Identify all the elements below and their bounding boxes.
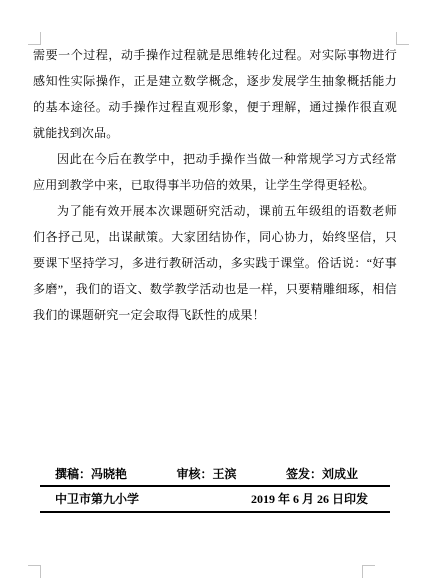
issue-date: 2019 年 6 月 26 日印发 xyxy=(251,486,368,512)
issuing-school: 中卫市第九小学 xyxy=(55,486,139,512)
issuer-label: 签发： xyxy=(286,467,322,481)
signature-block: 撰稿：冯晓艳 审核：王滨 签发：刘成业 中卫市第九小学 2019 年 6 月 2… xyxy=(40,462,390,513)
document-body: 需要一个过程，动手操作过程就是思维转化过程。对实际事物进行感知性实际操作，正是建… xyxy=(33,42,397,328)
reviewer-name: 王滨 xyxy=(213,467,237,481)
reviewer-label: 审核： xyxy=(176,467,212,481)
drafter-name: 冯晓艳 xyxy=(91,467,127,481)
signature-row: 撰稿：冯晓艳 审核：王滨 签发：刘成业 xyxy=(40,462,390,487)
body-paragraph-3: 为了能有效开展本次课题研究活动，课前五年级组的语数老师们各抒己见，出谋献策。大家… xyxy=(33,198,397,328)
reviewer-field: 审核：王滨 xyxy=(176,463,236,485)
body-paragraph-2: 因此在今后在教学中，把动手操作当做一种常规学习方式经常应用到教学中来，已取得事半… xyxy=(33,146,397,198)
issuer-field: 签发：刘成业 xyxy=(286,463,358,485)
margin-crop-mark-top-right xyxy=(396,32,409,45)
issue-row: 中卫市第九小学 2019 年 6 月 26 日印发 xyxy=(40,487,390,513)
margin-crop-mark-bottom-left xyxy=(28,565,41,578)
margin-crop-mark-bottom-right xyxy=(362,565,375,578)
body-paragraph-1: 需要一个过程，动手操作过程就是思维转化过程。对实际事物进行感知性实际操作，正是建… xyxy=(33,42,397,146)
drafter-field: 撰稿：冯晓艳 xyxy=(55,463,127,485)
drafter-label: 撰稿： xyxy=(55,467,91,481)
document-page: 需要一个过程，动手操作过程就是思维转化过程。对实际事物进行感知性实际操作，正是建… xyxy=(0,0,424,585)
issuer-name: 刘成业 xyxy=(322,467,358,481)
